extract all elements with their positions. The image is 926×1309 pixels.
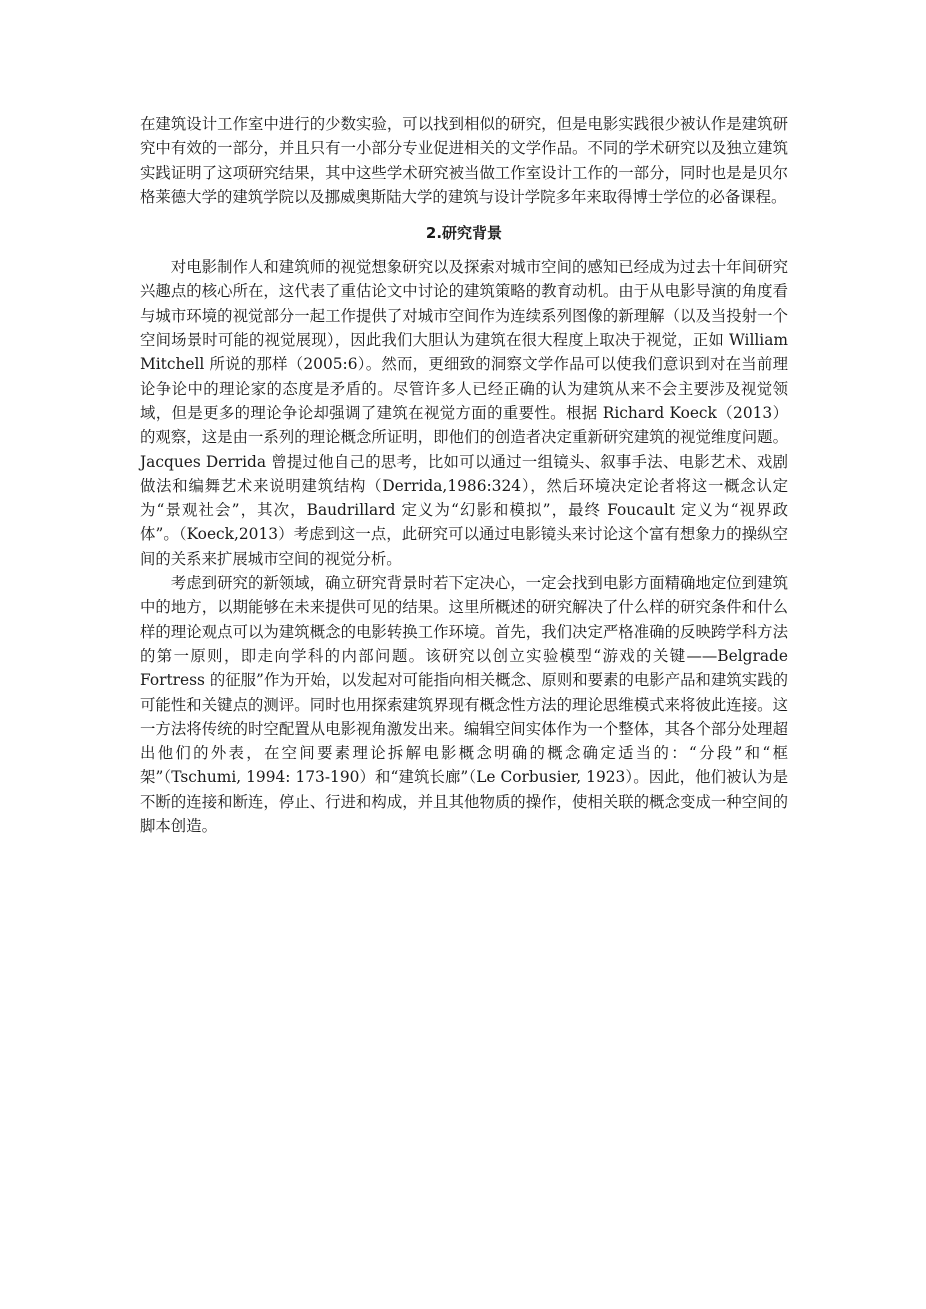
body-paragraph-1: 对电影制作人和建筑师的视觉想象研究以及探索对城市空间的感知已经成为过去十年间研究… (140, 255, 788, 571)
body-paragraph-2: 考虑到研究的新领域，确立研究背景时若下定决心，一定会找到电影方面精确地定位到建筑… (140, 571, 788, 838)
intro-paragraph: 在建筑设计工作室中进行的少数实验，可以找到相似的研究，但是电影实践很少被认作是建… (140, 112, 788, 209)
document-page: 在建筑设计工作室中进行的少数实验，可以找到相似的研究，但是电影实践很少被认作是建… (140, 112, 788, 838)
section-heading: 2.研究背景 (140, 221, 788, 245)
